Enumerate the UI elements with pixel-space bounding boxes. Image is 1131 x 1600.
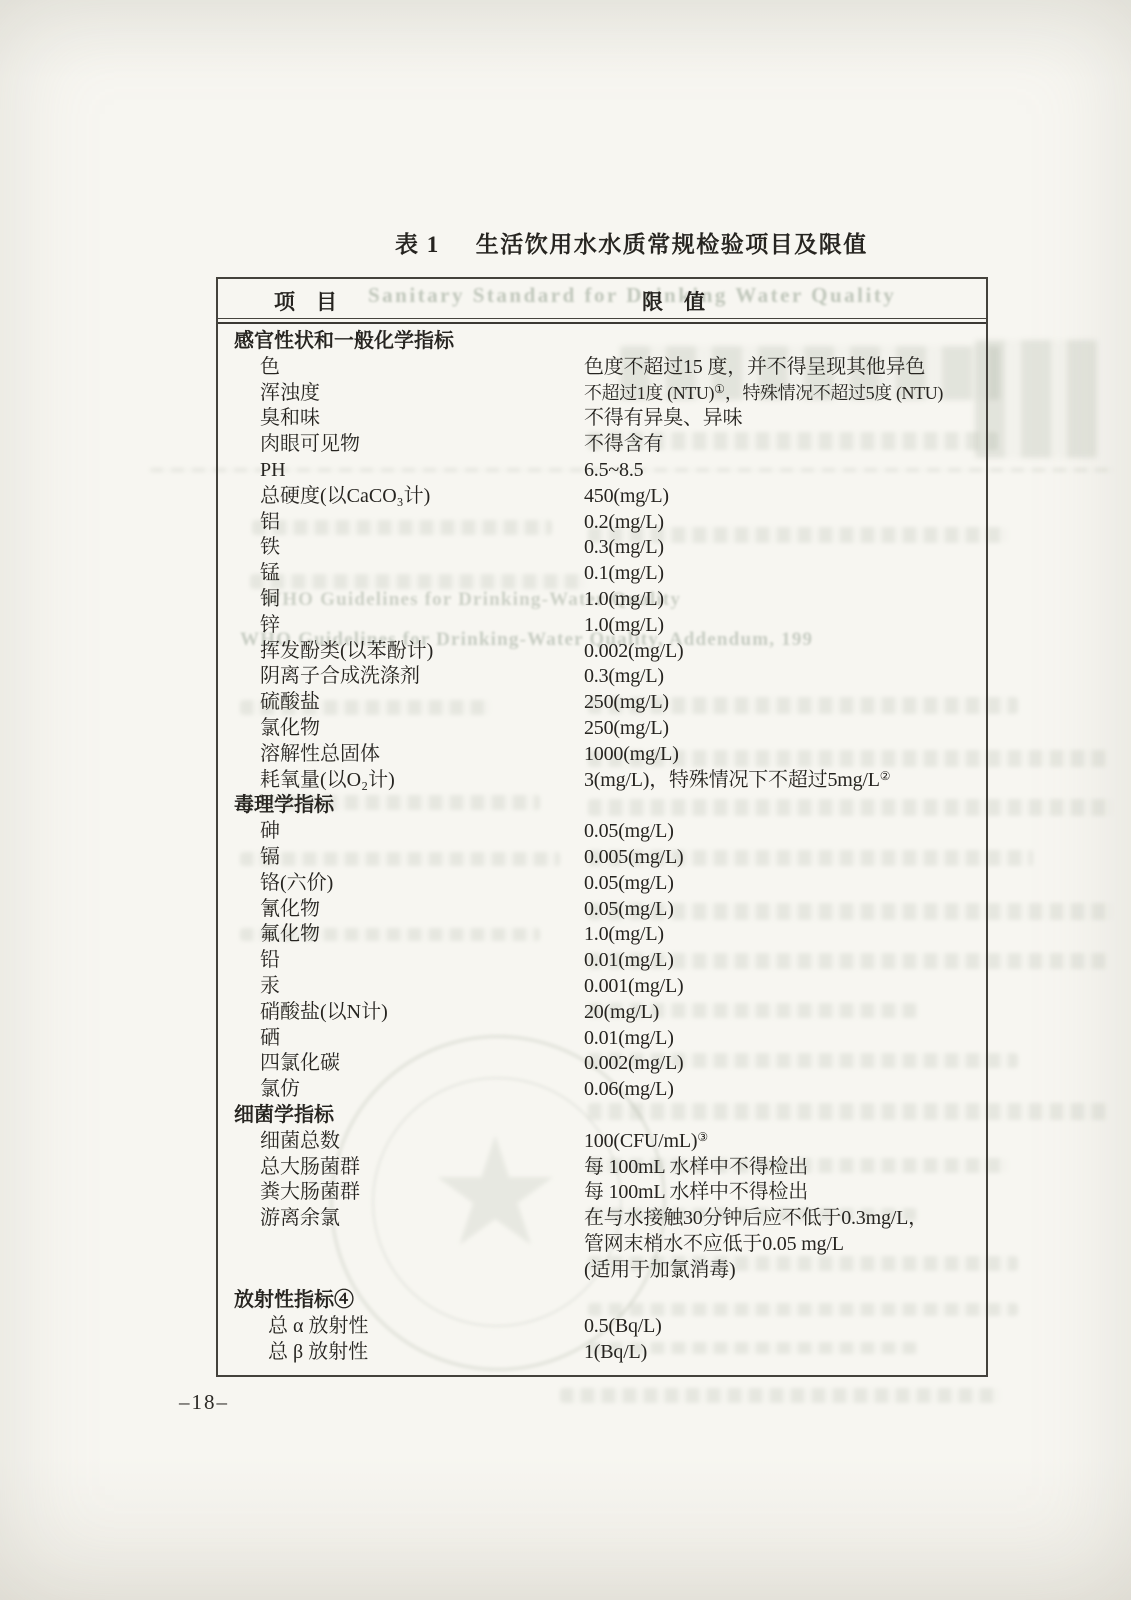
item-name: 总硬度(以CaCO₃计) [218,484,584,510]
limit-value: 1000(mg/L) [584,742,986,768]
limit-value: 0.002(mg/L) [584,639,986,665]
table-row: 锌1.0(mg/L) [218,613,986,639]
item-name: 氯化物 [218,716,584,742]
limit-value: 1.0(mg/L) [584,587,986,613]
column-header-limit: 限 值 [642,286,705,316]
item-name: 锌 [218,613,584,639]
table-row: 硫酸盐250(mg/L) [218,690,986,716]
item-name: PH [218,458,584,484]
table-row: 游离余氯在与水接触30分钟后应不低于0.3mg/L， 管网末梢水不应低于0.05… [218,1206,986,1283]
table-row: 耗氧量(以O₂计)3(mg/L)，特殊情况下不超过5mg/L② [218,768,986,794]
limit-value: 6.5~8.5 [584,458,986,484]
table-row: 阴离子合成洗涤剂0.3(mg/L) [218,664,986,690]
item-name: 浑浊度 [218,381,584,407]
table-row: 浑浊度不超过1度 (NTU)①，特殊情况不超过5度 (NTU) [218,381,986,407]
table-row: 铬(六价)0.05(mg/L) [218,871,986,897]
item-name: 锰 [218,561,584,587]
limit-value: 3(mg/L)，特殊情况下不超过5mg/L② [584,768,986,794]
item-name: 四氯化碳 [218,1051,584,1077]
limit-value: 0.2(mg/L) [584,510,986,536]
table-row: 肉眼可见物不得含有 [218,432,986,458]
item-name: 臭和味 [218,406,584,432]
table-row: 粪大肠菌群每 100mL 水样中不得检出 [218,1180,986,1206]
limit-value: 450(mg/L) [584,484,986,510]
table-row: 氟化物1.0(mg/L) [218,922,986,948]
limit-value: 0.001(mg/L) [584,974,986,1000]
item-name: 硫酸盐 [218,690,584,716]
limit-value: 0.05(mg/L) [584,871,986,897]
item-name: 氰化物 [218,897,584,923]
item-name: 挥发酚类(以苯酚计) [218,639,584,665]
item-name: 阴离子合成洗涤剂 [218,664,584,690]
table-section: 细菌学指标细菌总数100(CFU/mL)③总大肠菌群每 100mL 水样中不得检… [218,1103,986,1284]
limit-value: 不得含有 [584,432,986,458]
table-row: 氯化物250(mg/L) [218,716,986,742]
table-row: 铁0.3(mg/L) [218,535,986,561]
limit-value: 每 100mL 水样中不得检出 [584,1180,986,1206]
table-row: 铅0.01(mg/L) [218,948,986,974]
item-name: 溶解性总固体 [218,742,584,768]
table-header-row: 项 目 限 值 [218,279,986,319]
page-number: –18– [179,1390,229,1415]
limit-value: 1(Bq/L) [584,1340,986,1366]
table-caption: 表 1 生活饮用水水质常规检验项目及限值 [395,226,868,259]
table-row: 色色度不超过15 度，并不得呈现其他异色 [218,355,986,381]
limit-value: 在与水接触30分钟后应不低于0.3mg/L， 管网末梢水不应低于0.05 mg/… [584,1206,986,1283]
item-name: 汞 [218,974,584,1000]
limit-value: 0.1(mg/L) [584,561,986,587]
section-title: 毒理学指标 [218,793,986,819]
item-name: 总大肠菌群 [218,1155,584,1181]
table-row: 挥发酚类(以苯酚计)0.002(mg/L) [218,639,986,665]
limit-value: 0.05(mg/L) [584,897,986,923]
item-name: 耗氧量(以O₂计) [218,768,584,794]
limit-value: 100(CFU/mL)③ [584,1129,986,1155]
table-row: 镉0.005(mg/L) [218,845,986,871]
item-name: 硒 [218,1026,584,1052]
limit-value: 0.05(mg/L) [584,819,986,845]
item-name: 镉 [218,845,584,871]
table-row: 四氯化碳0.002(mg/L) [218,1051,986,1077]
item-name: 氯仿 [218,1077,584,1103]
item-name: 氟化物 [218,922,584,948]
section-title: 感官性状和一般化学指标 [218,329,986,355]
table-section: 毒理学指标砷0.05(mg/L)镉0.005(mg/L)铬(六价)0.05(mg… [218,793,986,1103]
table-row: PH6.5~8.5 [218,458,986,484]
limit-value: 0.01(mg/L) [584,948,986,974]
column-header-item: 项 目 [274,286,337,316]
item-name: 总 β 放射性 [218,1340,584,1366]
table-row: 细菌总数100(CFU/mL)③ [218,1129,986,1155]
table-row: 氰化物0.05(mg/L) [218,897,986,923]
section-title: 放射性指标④ [218,1288,986,1314]
table-section: 感官性状和一般化学指标色色度不超过15 度，并不得呈现其他异色浑浊度不超过1度 … [218,329,986,793]
limit-value: 0.5(Bq/L) [584,1314,986,1340]
item-name: 细菌总数 [218,1129,584,1155]
item-name: 铬(六价) [218,871,584,897]
limit-value: 色度不超过15 度，并不得呈现其他异色 [584,355,986,381]
item-name: 色 [218,355,584,381]
table-row: 总大肠菌群每 100mL 水样中不得检出 [218,1155,986,1181]
item-name: 硝酸盐(以N计) [218,1000,584,1026]
item-name: 铁 [218,535,584,561]
table-row: 溶解性总固体1000(mg/L) [218,742,986,768]
item-name: 游离余氯 [218,1206,584,1232]
limit-value: 0.3(mg/L) [584,664,986,690]
limit-value: 不得有异臭、异味 [584,406,986,432]
table-body: 感官性状和一般化学指标色色度不超过15 度，并不得呈现其他异色浑浊度不超过1度 … [218,324,986,1366]
table-row: 汞0.001(mg/L) [218,974,986,1000]
table-row: 总 β 放射性1(Bq/L) [218,1340,986,1366]
limit-value: 每 100mL 水样中不得检出 [584,1155,986,1181]
limit-value: 0.005(mg/L) [584,845,986,871]
item-name: 铜 [218,587,584,613]
limit-value: 0.06(mg/L) [584,1077,986,1103]
table-row: 总 α 放射性0.5(Bq/L) [218,1314,986,1340]
item-name: 铝 [218,510,584,536]
table-row: 锰0.1(mg/L) [218,561,986,587]
bleedthrough-smudge [560,1388,1000,1403]
item-name: 砷 [218,819,584,845]
limit-value: 20(mg/L) [584,1000,986,1026]
item-name: 铅 [218,948,584,974]
limit-value: 0.3(mg/L) [584,535,986,561]
table-row: 铝0.2(mg/L) [218,510,986,536]
limit-value: 1.0(mg/L) [584,613,986,639]
limit-value: 250(mg/L) [584,690,986,716]
water-quality-limits-table: 项 目 限 值 感官性状和一般化学指标色色度不超过15 度，并不得呈现其他异色浑… [216,277,988,1377]
table-row: 硒0.01(mg/L) [218,1026,986,1052]
limit-value: 1.0(mg/L) [584,922,986,948]
limit-value: 250(mg/L) [584,716,986,742]
section-title: 细菌学指标 [218,1103,986,1129]
item-name: 肉眼可见物 [218,432,584,458]
table-row: 砷0.05(mg/L) [218,819,986,845]
scanned-document-page: Sanitary Standard for Drinking Water Qua… [0,0,1131,1600]
table-section: 放射性指标④总 α 放射性0.5(Bq/L)总 β 放射性1(Bq/L) [218,1288,986,1365]
limit-value: 0.002(mg/L) [584,1051,986,1077]
table-row: 铜1.0(mg/L) [218,587,986,613]
table-row: 臭和味不得有异臭、异味 [218,406,986,432]
table-row: 总硬度(以CaCO₃计)450(mg/L) [218,484,986,510]
limit-value: 不超过1度 (NTU)①，特殊情况不超过5度 (NTU) [584,381,986,407]
table-row: 氯仿0.06(mg/L) [218,1077,986,1103]
item-name: 总 α 放射性 [218,1314,584,1340]
table-label: 表 1 [395,226,440,259]
table-title-text: 生活饮用水水质常规检验项目及限值 [476,226,868,259]
table-row: 硝酸盐(以N计)20(mg/L) [218,1000,986,1026]
item-name: 粪大肠菌群 [218,1180,584,1206]
limit-value: 0.01(mg/L) [584,1026,986,1052]
